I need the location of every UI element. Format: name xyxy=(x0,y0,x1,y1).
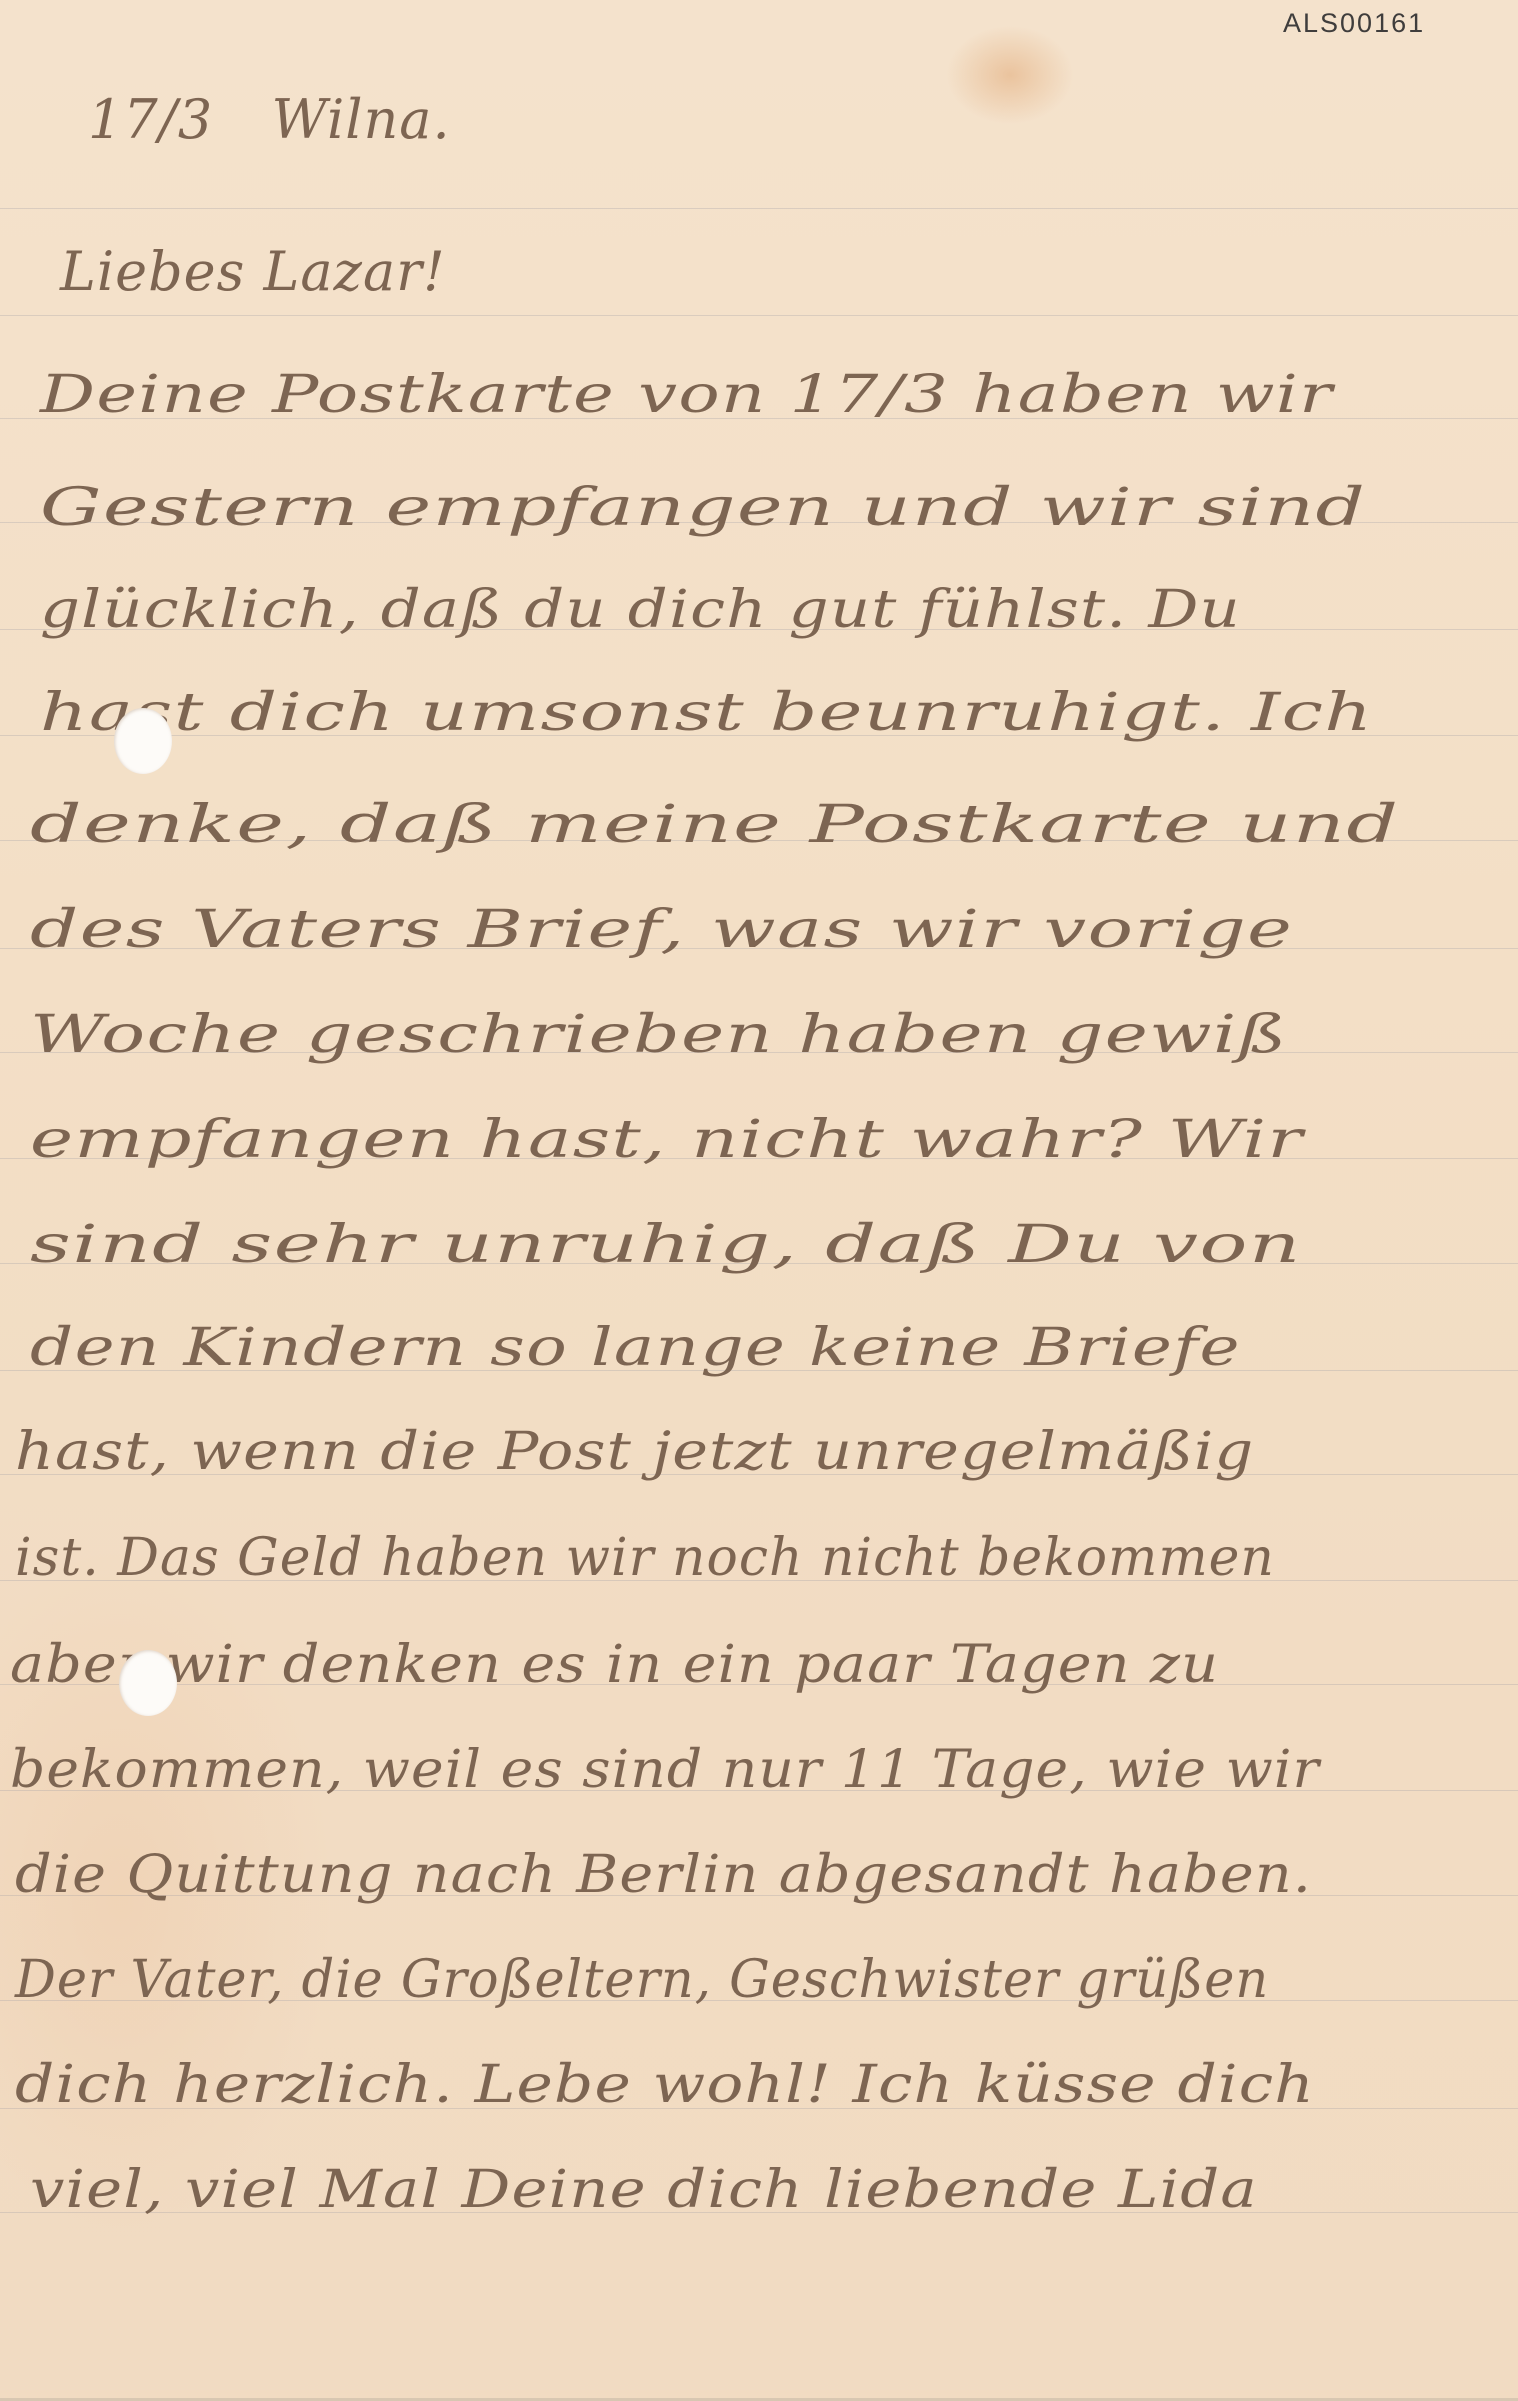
letter-line: ist. Das Geld haben wir noch nicht bekom… xyxy=(15,1528,1275,1588)
letter-date: 17/3 xyxy=(88,88,213,151)
letter-line: Der Vater, die Großeltern, Geschwister g… xyxy=(15,1950,1269,2010)
letter-place: Wilna. xyxy=(271,88,450,151)
letter-heading: 17/3 Wilna. xyxy=(88,88,451,151)
salutation: Liebes Lazar! xyxy=(60,240,446,303)
letter-line: bekommen, weil es sind nur 11 Tage, wie … xyxy=(10,1740,1320,1800)
punch-hole-lower xyxy=(119,1650,177,1716)
archive-id: ALS00161 xyxy=(1283,8,1425,39)
letter-line: Gestern empfangen und wir sind xyxy=(40,478,1366,538)
letter-line: die Quittung nach Berlin abgesandt haben… xyxy=(15,1845,1312,1905)
letter-line: Deine Postkarte von 17/3 haben wir xyxy=(40,365,1518,425)
letter-line: viel, viel Mal Deine dich liebende Lida xyxy=(30,2160,1258,2220)
letter-line: den Kindern so lange keine Briefe xyxy=(30,1318,1241,1378)
letter-line: des Vaters Brief, was wir vorige xyxy=(30,900,1293,960)
letter-line: sind sehr unruhig, daß Du von xyxy=(30,1215,1302,1275)
letter-line: aber wir denken es in ein paar Tagen zu xyxy=(10,1635,1219,1695)
letter-line: glücklich, daß du dich gut fühlst. Du xyxy=(40,580,1241,640)
letter-line: denke, daß meine Postkarte und xyxy=(30,795,1400,855)
letter-line: hast, wenn die Post jetzt unregelmäßig xyxy=(15,1422,1254,1482)
ruled-line xyxy=(0,315,1518,316)
letter-line: hast dich umsonst beunruhigt. Ich xyxy=(40,683,1373,743)
punch-hole-upper xyxy=(114,708,172,774)
ruled-line xyxy=(0,208,1518,209)
letter-line: Woche geschrieben haben gewiß xyxy=(30,1005,1288,1065)
letter-line: empfangen hast, nicht wahr? Wir xyxy=(30,1110,1304,1170)
letter-page: ALS00161 17/3 Wilna. Liebes Lazar! Deine… xyxy=(0,0,1518,2401)
letter-line: dich herzlich. Lebe wohl! Ich küsse dich xyxy=(15,2055,1315,2115)
